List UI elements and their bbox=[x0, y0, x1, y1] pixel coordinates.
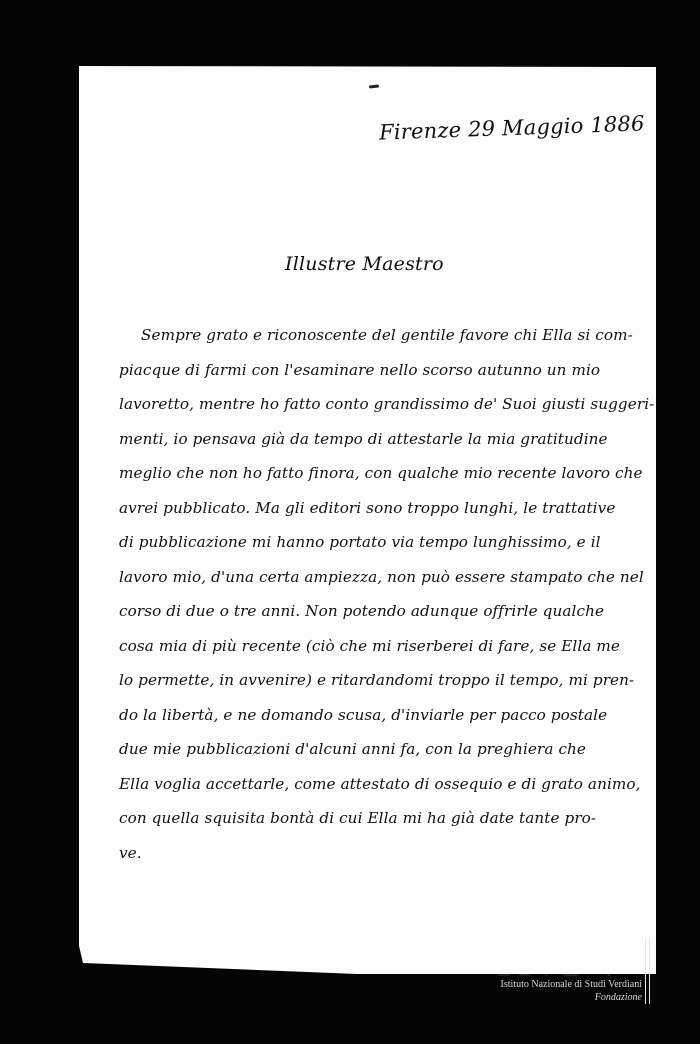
watermark-institution: Istituto Nazionale di Studi Verdiani bbox=[501, 979, 642, 990]
letter-line: ve. bbox=[119, 836, 644, 871]
letter-line: do la libertà, e ne domando scusa, d'inv… bbox=[119, 698, 644, 733]
watermark-subtitle: Fondazione bbox=[595, 992, 642, 1003]
letter-page: Firenze 29 Maggio 1886 Illustre Maestro … bbox=[79, 66, 656, 974]
letter-line: due mie pubblicazioni d'alcuni anni fa, … bbox=[119, 732, 644, 767]
letter-line: piacque di farmi con l'esaminare nello s… bbox=[119, 353, 644, 388]
letter-line: meglio che non ho fatto finora, con qual… bbox=[119, 456, 644, 491]
institution-watermark: INSV Istituto Nazionale di Studi Verdian… bbox=[488, 936, 658, 1006]
letter-line: lavoretto, mentre ho fatto conto grandis… bbox=[119, 387, 644, 422]
letter-line: Sempre grato e riconoscente del gentile … bbox=[119, 318, 644, 353]
scan-background: Firenze 29 Maggio 1886 Illustre Maestro … bbox=[0, 0, 700, 1044]
letter-line: di pubblicazione mi hanno portato via te… bbox=[119, 525, 644, 560]
letter-body: Sempre grato e riconoscente del gentile … bbox=[119, 318, 644, 870]
letter-dateline: Firenze 29 Maggio 1886 bbox=[379, 111, 645, 144]
letter-line: cosa mia di più recente (ciò che mi rise… bbox=[119, 629, 644, 664]
letter-salutation: Illustre Maestro bbox=[285, 253, 444, 275]
letter-line: lavoro mio, d'una certa ampiezza, non pu… bbox=[119, 560, 644, 595]
letter-line: avrei pubblicato. Ma gli editori sono tr… bbox=[119, 491, 644, 526]
letter-line: menti, io pensava già da tempo di attest… bbox=[119, 422, 644, 457]
letter-line: Ella voglia accettarle, come attestato d… bbox=[119, 767, 644, 802]
letter-line: con quella squisita bontà di cui Ella mi… bbox=[119, 801, 644, 836]
watermark-bar-icon bbox=[645, 938, 650, 1004]
letter-line: corso di due o tre anni. Non potendo adu… bbox=[119, 594, 644, 629]
ink-mark bbox=[369, 84, 379, 88]
letter-line: lo permette, in avvenire) e ritardandomi… bbox=[119, 663, 644, 698]
